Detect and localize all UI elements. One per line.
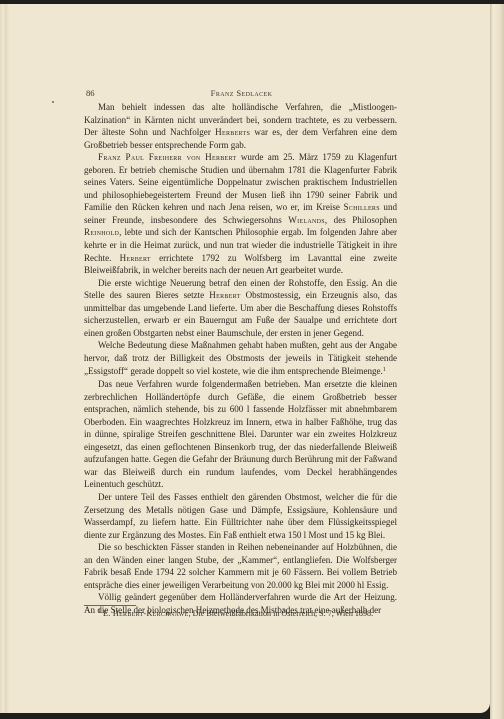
name-smallcaps: Herbert xyxy=(209,290,240,300)
paragraph-p5: Das neue Verfahren wurde folgendermaßen … xyxy=(84,378,397,491)
name-smallcaps: Franz Paul Freiherr von Herbert xyxy=(98,152,236,162)
footnote-rule xyxy=(84,605,136,606)
footnote-text: , Die Bleiweißfabrikation in Österreich,… xyxy=(189,609,374,618)
running-head: 86 Franz Sedlacek xyxy=(86,88,397,100)
text-run: Welche Bedeutung diese Maßnahmen gehabt … xyxy=(84,340,397,376)
running-title: Franz Sedlacek xyxy=(86,88,397,98)
scan-speck xyxy=(52,101,54,103)
paragraph-p3: Die erste wichtige Neuerung betraf den e… xyxy=(84,277,397,340)
name-smallcaps: Herberts xyxy=(215,127,250,137)
page-edge-left xyxy=(0,4,12,713)
text-run: , des Philosophen xyxy=(325,215,397,225)
name-smallcaps: Herbert xyxy=(120,253,151,263)
footnote-marker: 1 xyxy=(98,609,101,615)
body-text: Man behielt indessen das alte holländisc… xyxy=(84,101,397,616)
paragraph-p4: Welche Bedeutung diese Maßnahmen gehabt … xyxy=(84,339,397,378)
page-edge-right xyxy=(490,4,504,719)
paragraph-p6: Der untere Teil des Fasses enthielt den … xyxy=(84,491,397,541)
paragraph-p7: Die so beschickten Fässer standen in Rei… xyxy=(84,541,397,591)
name-smallcaps: Schillers xyxy=(343,202,379,212)
name-smallcaps: Wielands xyxy=(288,215,325,225)
paragraph-p1: Man behielt indessen das alte holländisc… xyxy=(84,101,397,151)
footnote-author: E. Herbert-Kerchnawe xyxy=(103,609,189,618)
text-run: Das neue Verfahren wurde folgendermaßen … xyxy=(84,379,397,489)
footnote-reference: 1 xyxy=(383,367,386,373)
footnote: 1 E. Herbert-Kerchnawe, Die Bleiweißfabr… xyxy=(84,609,397,618)
text-run: Die so beschickten Fässer standen in Rei… xyxy=(84,542,397,590)
text-run: Der untere Teil des Fasses enthielt den … xyxy=(84,492,397,540)
paragraph-p2: Franz Paul Freiherr von Herbert wurde am… xyxy=(84,151,397,276)
name-smallcaps: Reinhold xyxy=(84,227,119,237)
